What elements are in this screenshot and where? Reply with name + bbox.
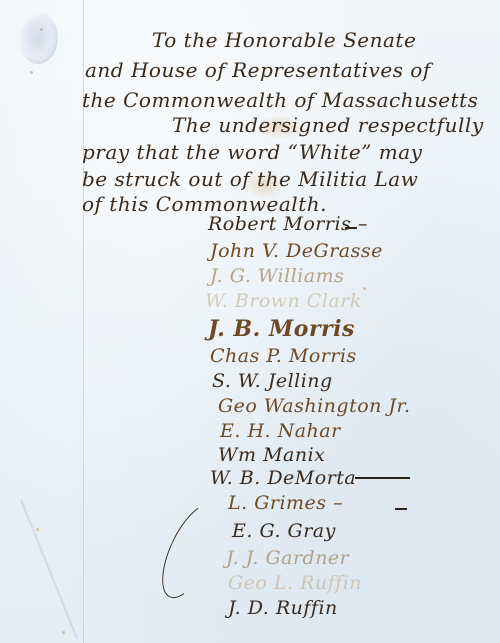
signature-j-b-morris: J. B. Morris <box>208 316 355 342</box>
pen-dash <box>345 227 357 229</box>
petition-page: To the Honorable Senate and House of Rep… <box>0 0 500 643</box>
paper-spot <box>363 287 366 290</box>
signature-j-j-gardner: J. J. Gardner <box>226 547 349 569</box>
petition-line-1: The undersigned respectfully <box>172 113 484 137</box>
paper-spot <box>36 528 39 531</box>
petition-line-2: pray that the word “White” may <box>82 140 422 164</box>
address-line-1: To the Honorable Senate <box>152 28 416 52</box>
address-line-2: and House of Representatives of <box>85 58 431 82</box>
pen-flourish <box>150 496 231 606</box>
signature-chas-morris: Chas P. Morris <box>210 345 357 367</box>
signature-j-d-ruffin: J. D. Ruffin <box>228 597 338 619</box>
signature-e-h-nahar: E. H. Nahar <box>220 420 341 442</box>
signature-wm-manix: Wm Manix <box>218 444 325 466</box>
signature-w-b-demorta: W. B. DeMorta <box>210 467 356 489</box>
signature-john-degrasse: John V. DeGrasse <box>210 240 383 262</box>
signature-robert-morris: Robert Morris – <box>208 213 368 235</box>
signature-faded: W. Brown Clark <box>205 290 362 312</box>
address-line-3: the Commonwealth of Massachusetts <box>82 88 478 112</box>
signature-geo-ruffin: Geo L. Ruffin <box>228 572 362 594</box>
paper-spot <box>62 631 65 634</box>
signature-j-g-williams: J. G. Williams <box>210 265 344 287</box>
petition-line-3: be struck out of the Militia Law <box>82 167 418 191</box>
paper-fold <box>20 499 78 639</box>
embossed-seal-icon <box>18 12 58 64</box>
paper-spot <box>40 28 43 31</box>
pen-dash <box>355 477 410 479</box>
signature-l-grimes: L. Grimes – <box>228 492 343 514</box>
signature-geo-washington: Geo Washington Jr. <box>218 395 411 417</box>
signature-s-w-jelling: S. W. Jelling <box>212 370 333 392</box>
signature-e-g-gray: E. G. Gray <box>232 520 336 542</box>
paper-spot <box>30 71 33 74</box>
pen-dash <box>395 508 407 510</box>
